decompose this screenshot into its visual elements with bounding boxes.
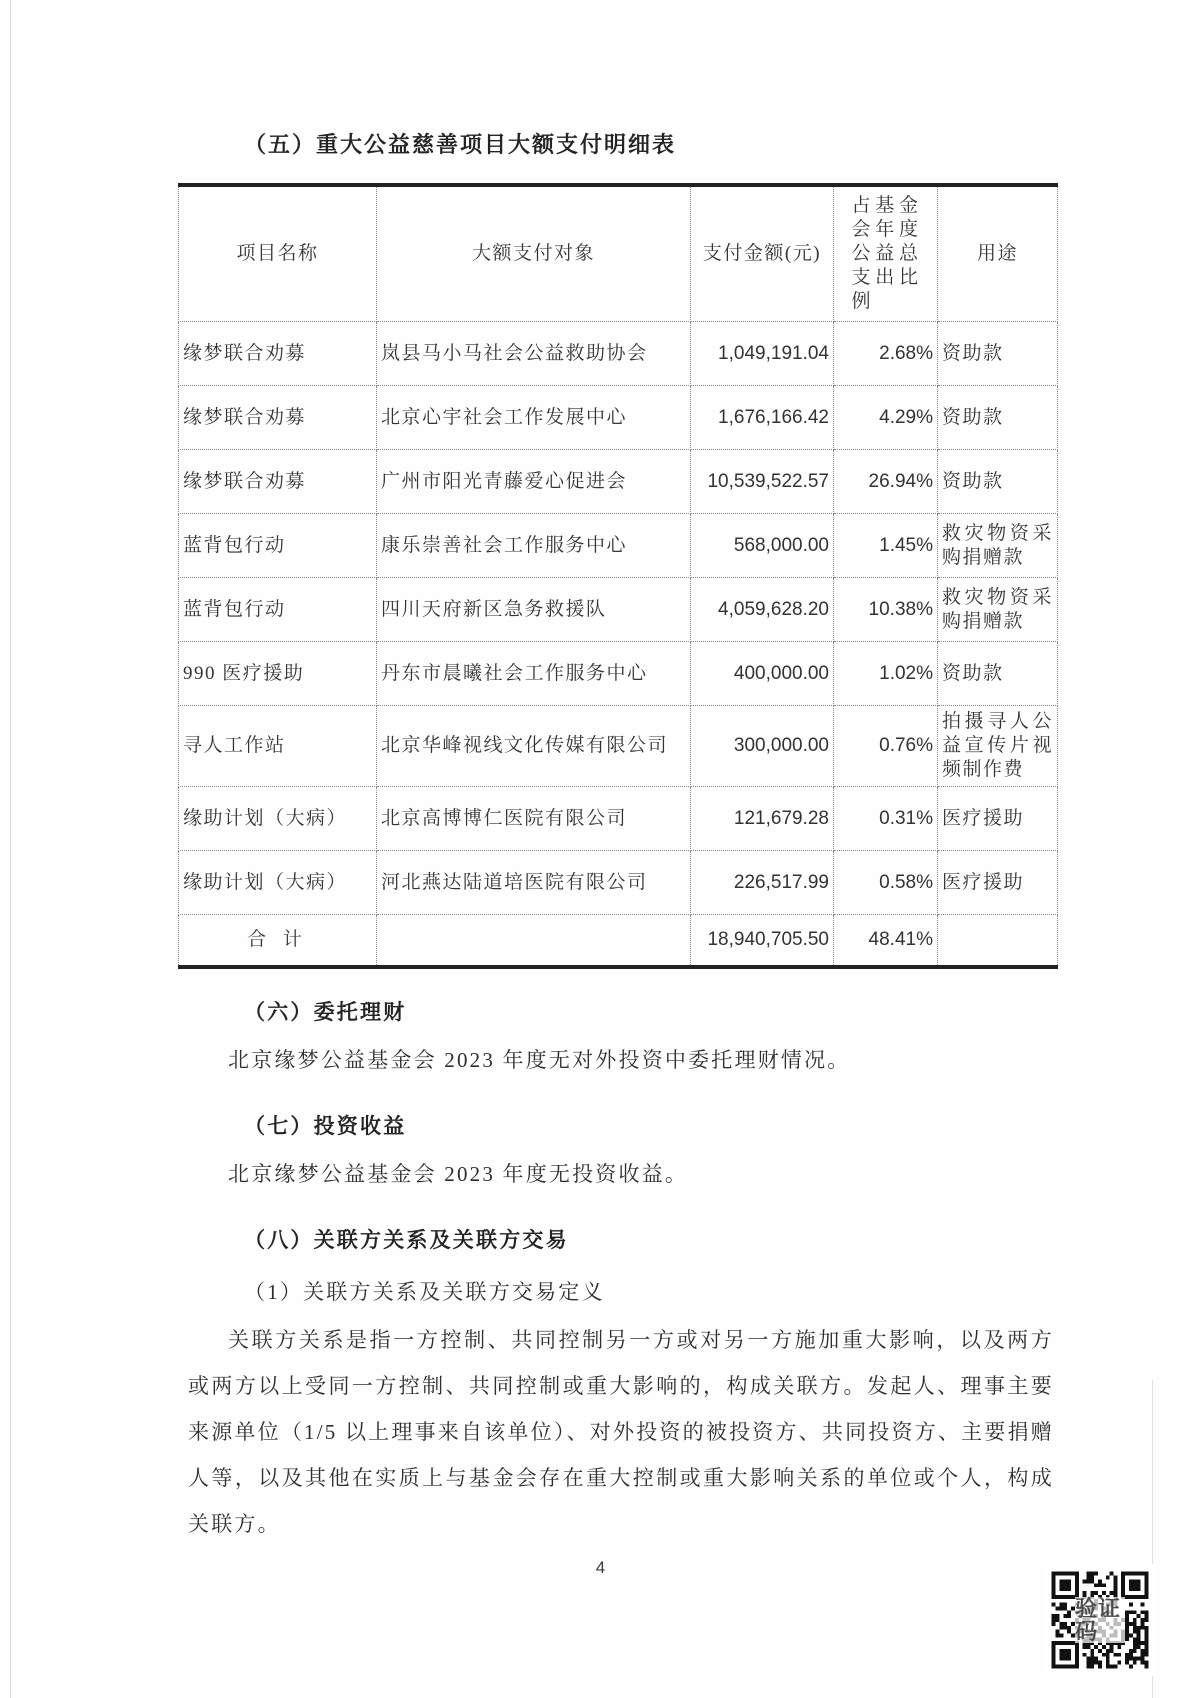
total-amount: 18,940,705.50: [691, 915, 834, 968]
cell-project: 990 医疗援助: [179, 642, 377, 706]
cell-project: 缘助计划（大病）: [179, 787, 377, 851]
column-header: 用途: [938, 185, 1058, 322]
table-row: 缘助计划（大病）北京高博博仁医院有限公司121,679.280.31%医疗援助: [179, 787, 1058, 851]
payment-table-header: 项目名称大额支付对象支付金额(元)占基金会年度公益总支出比例用途: [179, 185, 1058, 322]
table-row: 缘梦联合劝募北京心宇社会工作发展中心1,676,166.424.29%资助款: [179, 386, 1058, 450]
section-eight-paragraph: 关联方关系是指一方控制、共同控制另一方或对另一方施加重大影响，以及两方或两方以上…: [188, 1317, 1054, 1547]
page-title: （五）重大公益慈善项目大额支付明细表: [244, 128, 676, 159]
cell-ratio: 26.94%: [834, 450, 938, 514]
table-row: 缘助计划（大病）河北燕达陆道培医院有限公司226,517.990.58%医疗援助: [179, 851, 1058, 915]
cell-purpose: 医疗援助: [938, 787, 1058, 851]
page-number: 4: [0, 1558, 1201, 1578]
body-text: （六）委托理财 北京缘梦公益基金会 2023 年度无对外投资中委托理财情况。 （…: [188, 975, 1054, 1547]
cell-payee: 北京高博博仁医院有限公司: [377, 787, 691, 851]
cell-project: 缘助计划（大病）: [179, 851, 377, 915]
cell-ratio: 2.68%: [834, 322, 938, 386]
cell-amount: 568,000.00: [691, 514, 834, 578]
table-row: 寻人工作站北京华峰视线文化传媒有限公司300,000.000.76%拍摄寻人公益…: [179, 706, 1058, 787]
cell-project: 缘梦联合劝募: [179, 450, 377, 514]
cell-amount: 226,517.99: [691, 851, 834, 915]
cell-ratio: 0.76%: [834, 706, 938, 787]
cell-purpose: 救灾物资采购捐赠款: [938, 514, 1058, 578]
cell-purpose: 资助款: [938, 322, 1058, 386]
cell-project: 寻人工作站: [179, 706, 377, 787]
table-row: 缘梦联合劝募岚县马小马社会公益救助协会1,049,191.042.68%资助款: [179, 322, 1058, 386]
cell-payee: 广州市阳光青藤爱心促进会: [377, 450, 691, 514]
cell-ratio: 10.38%: [834, 578, 938, 642]
qr-label: 验证码: [1075, 1597, 1125, 1643]
cell-purpose: 医疗援助: [938, 851, 1058, 915]
section-seven-paragraph: 北京缘梦公益基金会 2023 年度无投资收益。: [188, 1157, 1054, 1191]
total-payee-empty: [377, 915, 691, 968]
cell-amount: 1,049,191.04: [691, 322, 834, 386]
table-row: 蓝背包行动四川天府新区急务救援队4,059,628.2010.38%救灾物资采购…: [179, 578, 1058, 642]
cell-amount: 300,000.00: [691, 706, 834, 787]
cell-payee: 北京心宇社会工作发展中心: [377, 386, 691, 450]
cell-project: 缘梦联合劝募: [179, 322, 377, 386]
cell-project: 蓝背包行动: [179, 578, 377, 642]
cell-purpose: 资助款: [938, 450, 1058, 514]
scan-edge-line-left: [10, 0, 11, 1698]
cell-project: 缘梦联合劝募: [179, 386, 377, 450]
section-six-paragraph: 北京缘梦公益基金会 2023 年度无对外投资中委托理财情况。: [188, 1043, 1054, 1077]
cell-purpose: 救灾物资采购捐赠款: [938, 578, 1058, 642]
cell-ratio: 1.02%: [834, 642, 938, 706]
cell-amount: 121,679.28: [691, 787, 834, 851]
section-seven-heading: （七）投资收益: [188, 1111, 1054, 1141]
total-label: 合 计: [179, 915, 377, 968]
total-purpose-empty: [938, 915, 1058, 968]
verification-qr-code: 验证码: [1044, 1564, 1156, 1676]
cell-purpose: 资助款: [938, 386, 1058, 450]
header-row: 项目名称大额支付对象支付金额(元)占基金会年度公益总支出比例用途: [179, 185, 1058, 322]
cell-ratio: 0.31%: [834, 787, 938, 851]
table-row: 990 医疗援助丹东市晨曦社会工作服务中心400,000.001.02%资助款: [179, 642, 1058, 706]
cell-project: 蓝背包行动: [179, 514, 377, 578]
cell-amount: 4,059,628.20: [691, 578, 834, 642]
cell-payee: 北京华峰视线文化传媒有限公司: [377, 706, 691, 787]
cell-amount: 10,539,522.57: [691, 450, 834, 514]
cell-payee: 丹东市晨曦社会工作服务中心: [377, 642, 691, 706]
column-header: 占基金会年度公益总支出比例: [834, 185, 938, 322]
cell-payee: 岚县马小马社会公益救助协会: [377, 322, 691, 386]
total-ratio: 48.41%: [834, 915, 938, 968]
cell-payee: 四川天府新区急务救援队: [377, 578, 691, 642]
column-header: 大额支付对象: [377, 185, 691, 322]
payment-table-body: 缘梦联合劝募岚县马小马社会公益救助协会1,049,191.042.68%资助款缘…: [179, 322, 1058, 915]
section-eight-heading: （八）关联方关系及关联方交易: [188, 1225, 1054, 1255]
payment-table: 项目名称大额支付对象支付金额(元)占基金会年度公益总支出比例用途 缘梦联合劝募岚…: [178, 183, 1058, 969]
table-row: 缘梦联合劝募广州市阳光青藤爱心促进会10,539,522.5726.94%资助款: [179, 450, 1058, 514]
table-row: 蓝背包行动康乐崇善社会工作服务中心568,000.001.45%救灾物资采购捐赠…: [179, 514, 1058, 578]
cell-purpose: 资助款: [938, 642, 1058, 706]
section-eight-subheading: （1）关联方关系及关联方交易定义: [188, 1277, 1054, 1307]
cell-purpose: 拍摄寻人公益宣传片视频制作费: [938, 706, 1058, 787]
cell-ratio: 0.58%: [834, 851, 938, 915]
cell-payee: 河北燕达陆道培医院有限公司: [377, 851, 691, 915]
cell-ratio: 1.45%: [834, 514, 938, 578]
cell-ratio: 4.29%: [834, 386, 938, 450]
document-page: （五）重大公益慈善项目大额支付明细表 项目名称大额支付对象支付金额(元)占基金会…: [0, 0, 1201, 1698]
cell-amount: 1,676,166.42: [691, 386, 834, 450]
section-six-heading: （六）委托理财: [188, 997, 1054, 1027]
total-row: 合 计 18,940,705.50 48.41%: [179, 915, 1058, 968]
cell-payee: 康乐崇善社会工作服务中心: [377, 514, 691, 578]
column-header: 支付金额(元): [691, 185, 834, 322]
cell-amount: 400,000.00: [691, 642, 834, 706]
column-header: 项目名称: [179, 185, 377, 322]
